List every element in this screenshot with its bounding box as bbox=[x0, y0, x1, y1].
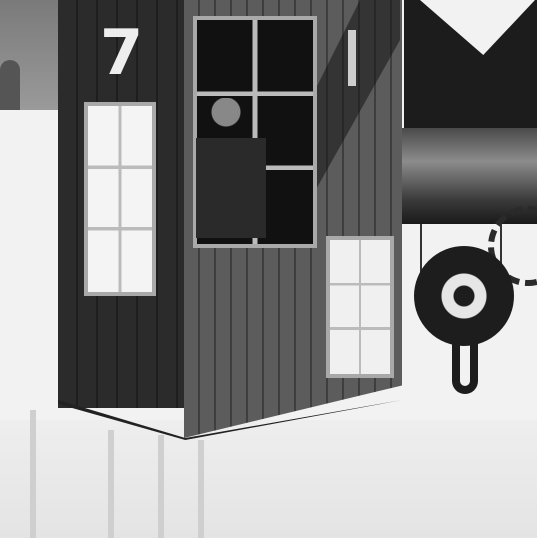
lower-window bbox=[326, 236, 394, 378]
cab-number: 7 bbox=[100, 18, 130, 88]
scaffold-post bbox=[108, 430, 114, 538]
door-hinge bbox=[348, 30, 356, 86]
crane-operator bbox=[196, 98, 266, 238]
ground-area bbox=[0, 420, 537, 538]
scaffold-post bbox=[158, 435, 164, 538]
background-arch bbox=[0, 60, 20, 110]
side-window bbox=[84, 102, 156, 296]
pulley-block bbox=[414, 246, 514, 346]
scaffold-post bbox=[30, 410, 36, 538]
crane-hook bbox=[452, 340, 478, 394]
scaffold-post bbox=[198, 440, 204, 538]
